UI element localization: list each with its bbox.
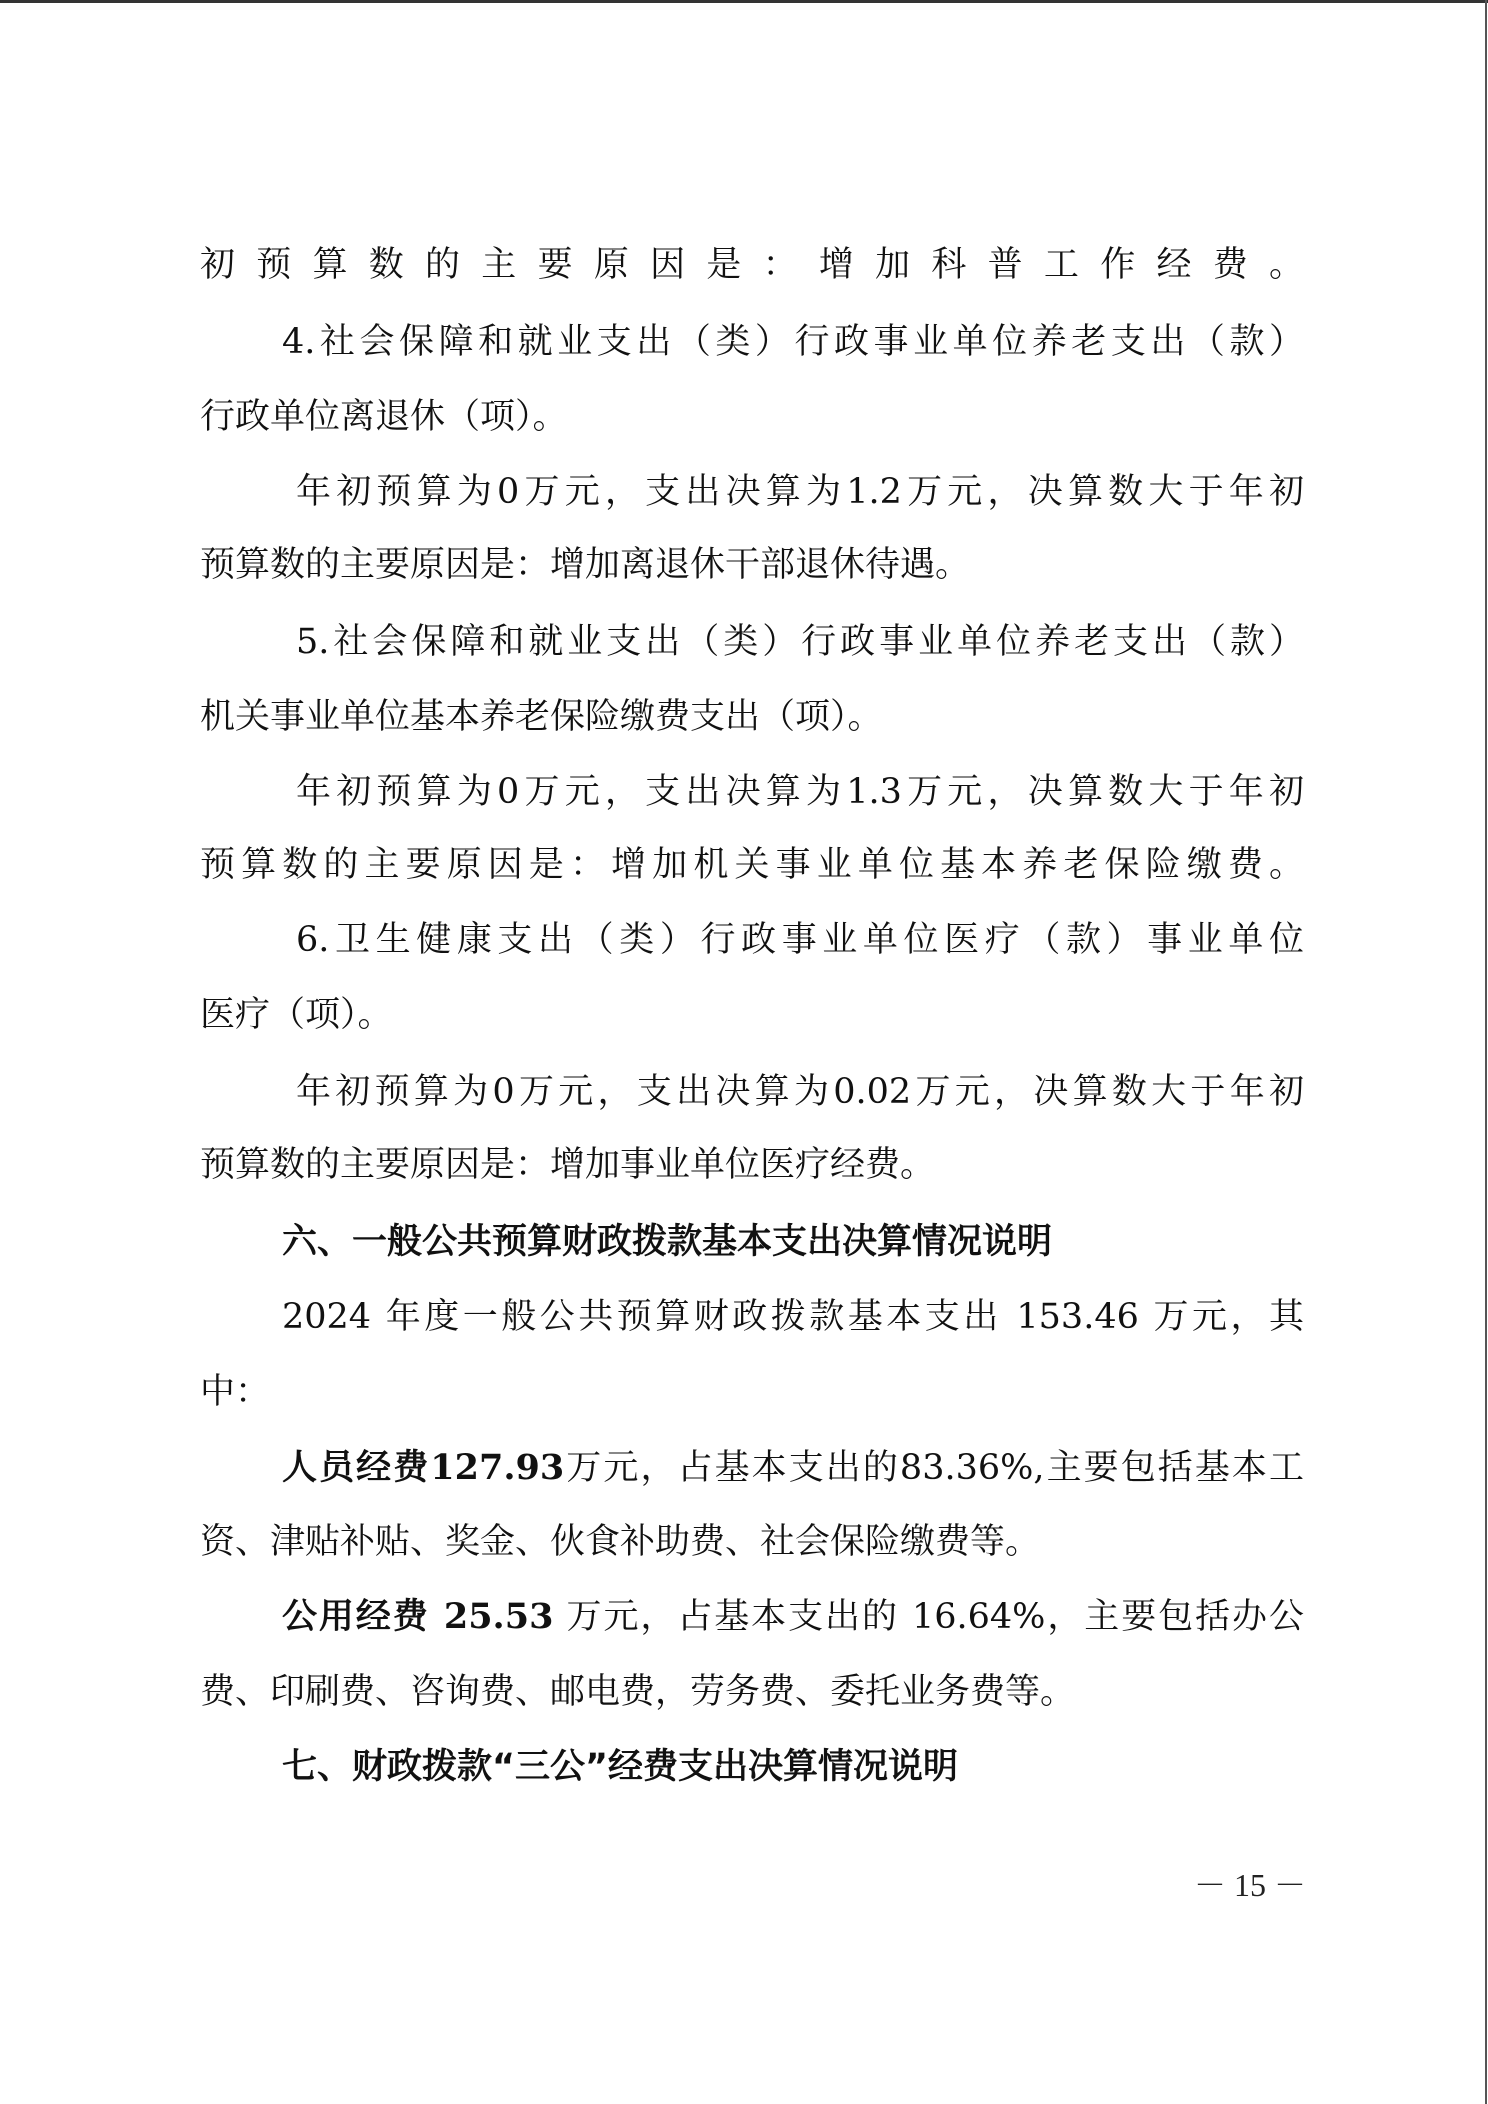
public-expense-line-2: 费、印刷费、咨询费、邮电费，劳务费、委托业务费等。 bbox=[200, 1667, 1304, 1717]
personnel-expense-line-2: 资、津贴补贴、奖金、伙食补助费、社会保险缴费等。 bbox=[200, 1517, 1304, 1567]
item-5-reason-line: 预算数的主要原因是：增加机关事业单位基本养老保险缴费。 bbox=[200, 840, 1304, 890]
item-5-budget-line: 年初预算为0万元，支出决算为1.3万元，决算数大于年初 bbox=[296, 767, 1304, 817]
personnel-expense-label: 人员经费127.93 bbox=[282, 1447, 564, 1488]
section-6-heading: 六、一般公共预算财政拨款基本支出决算情况说明 bbox=[282, 1217, 1304, 1267]
personnel-expense-line: 人员经费127.93万元，占基本支出的83.36%,主要包括基本工 bbox=[282, 1443, 1304, 1493]
item-6-budget-line: 年初预算为0万元，支出决算为0.02万元，决算数大于年初 bbox=[296, 1067, 1304, 1117]
paragraph-line: 初预算数的主要原因是：增加科普工作经费。 bbox=[200, 240, 1304, 290]
page-number: － 15 － bbox=[1190, 1865, 1310, 1905]
page-border-right bbox=[1485, 0, 1487, 2104]
item-4-title-line: 4.社会保障和就业支出（类）行政事业单位养老支出（款） bbox=[282, 317, 1304, 367]
item-5-title-line-2: 机关事业单位基本养老保险缴费支出（项）。 bbox=[200, 692, 1304, 742]
section-6-intro-line: 2024 年度一般公共预算财政拨款基本支出 153.46 万元，其 bbox=[282, 1292, 1304, 1342]
item-4-title-line-2: 行政单位离退休（项）。 bbox=[200, 392, 1304, 442]
page-border-top bbox=[0, 0, 1488, 3]
public-expense-line: 公用经费 25.53 万元，占基本支出的 16.64%，主要包括办公 bbox=[282, 1592, 1304, 1642]
section-7-heading: 七、财政拨款“三公”经费支出决算情况说明 bbox=[282, 1742, 1304, 1792]
item-6-reason-line: 预算数的主要原因是：增加事业单位医疗经费。 bbox=[200, 1140, 1304, 1190]
item-5-title-line: 5.社会保障和就业支出（类）行政事业单位养老支出（款） bbox=[296, 617, 1304, 667]
personnel-expense-detail: 万元，占基本支出的83.36%,主要包括基本工 bbox=[564, 1448, 1304, 1488]
section-6-intro-line-2: 中： bbox=[200, 1367, 1304, 1417]
public-expense-label: 公用经费 25.53 bbox=[282, 1596, 553, 1637]
item-6-title-line-2: 医疗（项）。 bbox=[200, 990, 1304, 1040]
item-4-reason-line: 预算数的主要原因是：增加离退休干部退休待遇。 bbox=[200, 540, 1304, 590]
public-expense-detail: 万元，占基本支出的 16.64%，主要包括办公 bbox=[553, 1597, 1304, 1637]
item-4-budget-line: 年初预算为0万元，支出决算为1.2万元，决算数大于年初 bbox=[296, 467, 1304, 517]
item-6-title-line: 6.卫生健康支出（类）行政事业单位医疗（款）事业单位 bbox=[296, 915, 1304, 965]
